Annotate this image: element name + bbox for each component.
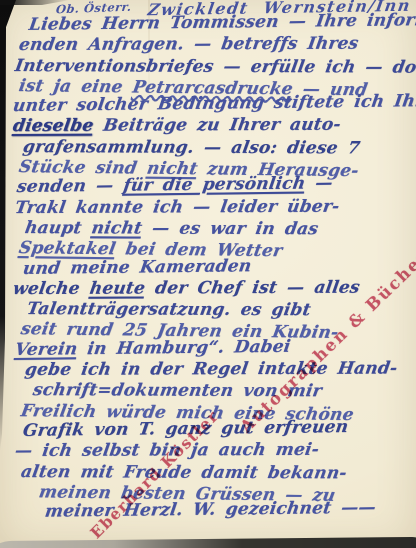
phrase: Interventionsbriefes — erfülle ich — doc… bbox=[13, 56, 416, 78]
scan-edge-bottom bbox=[0, 537, 416, 548]
handwriting-line: und meine Kameraden bbox=[12, 254, 416, 279]
underlined-phrase: Spektakel bbox=[17, 238, 117, 259]
phrase: grafensammlung. — also: diese 7 bbox=[21, 137, 361, 158]
phrase: Liebes Herrn Tommissen — Ihre informier- bbox=[28, 10, 416, 35]
phrase: welche bbox=[11, 279, 91, 299]
phrase: senden — bbox=[16, 176, 125, 197]
phrase: haupt bbox=[23, 218, 93, 238]
underlined-phrase: dieselbe bbox=[11, 116, 94, 136]
underlined-phrase: Verein bbox=[14, 339, 79, 360]
letter-body: Liebes Herrn Tommissen — Ihre informier-… bbox=[13, 15, 414, 522]
handwriting-line: Liebes Herrn Tommissen — Ihre informier- bbox=[12, 10, 416, 35]
phrase: unter solcher Bedingung stiftete ich Ihn… bbox=[12, 91, 416, 116]
handwriting-line: gebe ich in der Regel intakte Hand- bbox=[11, 358, 415, 380]
handwriting-line: haupt nicht — es war in das bbox=[11, 218, 415, 240]
handwriting-line: Verein in Hamburg“. Dabei bbox=[12, 335, 416, 360]
handwriting-line: schrift=dokumenten von mir bbox=[11, 380, 415, 402]
handwriting-line: welche heute der Chef ist — alles bbox=[11, 277, 415, 299]
underlined-phrase: nicht bbox=[90, 218, 144, 238]
phrase: Talentträgersatzung. es gibt bbox=[25, 299, 312, 320]
handwriting-line: Interventionsbriefes — erfülle ich — doc… bbox=[11, 56, 415, 78]
phrase: alten mit Freude damit bekann- bbox=[19, 462, 348, 483]
phrase: enden Anfragen. — betreffs Ihres bbox=[17, 34, 359, 55]
phrase: — bbox=[304, 174, 334, 194]
handwriting-line: grafensammlung. — also: diese 7 bbox=[11, 137, 415, 159]
handwriting-line: alten mit Freude damit bekann- bbox=[11, 462, 415, 484]
phrase: meiner Herzl. W. gezeichnet —— bbox=[44, 498, 378, 522]
phrase: der Chef ist — alles bbox=[143, 277, 361, 298]
underlined-phrase: heute bbox=[88, 278, 146, 298]
handwriting-line: senden — für die persönlich — bbox=[12, 173, 416, 198]
letter-scan: Ob. Österr. Zwickledt Wernstein/Inn Lieb… bbox=[0, 0, 416, 548]
handwriting-line: Trakl kannte ich — leider über- bbox=[11, 196, 415, 218]
phrase: — es war in das bbox=[140, 218, 319, 239]
phrase: und meine Kameraden bbox=[22, 256, 253, 279]
phrase: Beiträge zu Ihrer auto- bbox=[92, 115, 342, 136]
handwriting-line: unter solcher Bedingung stiftete ich Ihn… bbox=[12, 91, 416, 116]
handwriting-line: — ich selbst bin ja auch mei- bbox=[11, 440, 415, 462]
handwriting-line: dieselbe Beiträge zu Ihrer auto- bbox=[11, 115, 415, 137]
underlined-phrase: für die persönlich bbox=[122, 174, 307, 196]
phrase: in Hamburg“. Dabei bbox=[76, 336, 292, 359]
handwriting-line: enden Anfragen. — betreffs Ihres bbox=[11, 34, 415, 56]
phrase: gebe ich in der Regel intakte Hand- bbox=[23, 358, 398, 380]
phrase: Trakl kannte ich — leider über- bbox=[13, 196, 340, 217]
handwriting-line: meiner Herzl. W. gezeichnet —— bbox=[12, 497, 416, 522]
